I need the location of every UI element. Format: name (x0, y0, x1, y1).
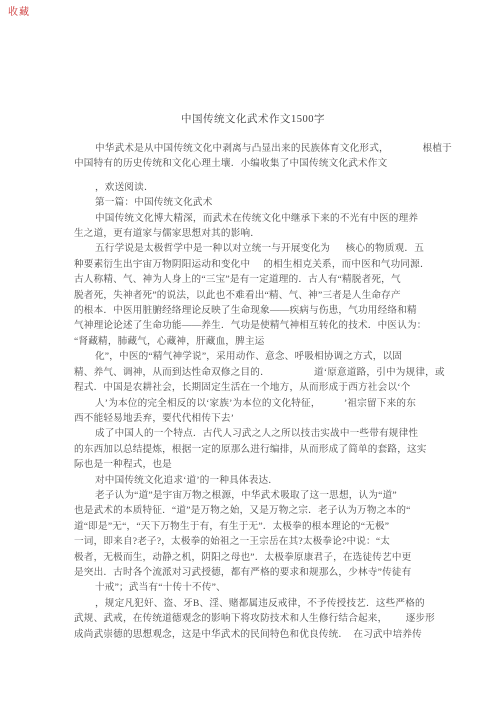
text-line: 武规、武戒，在传统道德观念的影响下将攻防技术和人生修行结合起来， 逐步形 (74, 611, 432, 626)
text-line: 气神理论论述了生命功能——养生．气功是使精气神相互转化的技术．中医认为： (74, 318, 432, 333)
text-line: 对中国传统文化追求‘道’的一种具体表达． (74, 473, 432, 488)
text-line: 程式．中国是农耕社会，长期固定生活在一个地方，从而形成于西方社会以‘个 (74, 380, 432, 395)
text-line: 第一篇：中国传统文化武术 (74, 195, 432, 210)
page-title: 中国传统文化武术作文1500字 (74, 113, 432, 127)
text-line: 的根本．中医用脏腑经络理论反映了生命现象——疾病与伤患，气功用经络和精 (74, 303, 432, 318)
text-line: 西不能轻易地丢弃，要代代相传下去’ (74, 411, 432, 426)
text-line: “肾藏精，肺藏气，心藏神，肝藏血，脾主运 (74, 334, 432, 349)
text-line: 中国特有的历史传统和文化心理土壤．小编收集了中国传统文化武术作文 (74, 156, 432, 171)
text-line: 成了中国人的一个特点．古代人习武之人之所以技击实战中一些带有规律性 (74, 426, 432, 441)
text-line: 人’为本位的完全相反的以‘家族’为本位的文化特征， ’祖宗留下来的东 (74, 396, 432, 411)
document-page: 收藏 中国传统文化武术作文1500字 中华武术是从中国传统文化中剥离与凸显出来的… (0, 0, 500, 709)
text-line: 五行学说是太极哲学中是一种以对立统一与开展变化为 核心的物质观．五 (74, 241, 432, 256)
text-line: ，规定凡犯奸、盗、牙B、淫、赌都属违反戒律，不予传授技艺．这些严格的 (74, 596, 432, 611)
text-line: 际也是一种程式，也是 (74, 457, 432, 472)
text-line: 极者，无极而生，动静之机，阴阳之母也”．太极拳原康君子，在选徒传艺中更 (74, 550, 432, 565)
text-line: 种要素衍生出宇宙万物阴阳运动和变化中 的相生相克关系，而中医和气功同源． (74, 257, 432, 272)
text-line: 中华武术是从中国传统文化中剥离与凸显出来的民族体育文化形式， 根植于 (74, 141, 432, 156)
text-line: ，欢送阅读． (74, 180, 432, 195)
text-line: 也是武术的本质特征．“道”是万物之始，又是万物之宗．老子认为万物之本的“ (74, 503, 432, 518)
text-line: 十戒”；武当有“十传十不传”、 (74, 580, 432, 595)
text-line: 化”，中医的“精气神学说”，采用动作、意念、呼吸相协调之方式，以固 (74, 349, 432, 364)
text-line: 是突出．古时各个流派对习武授德，都有严格的要求和规那么，少林寺”传徒有 (74, 565, 432, 580)
text-line: 的东西加以总结提炼，根据一定的原那么进行编排，从而形成了简单的套路，这实 (74, 442, 432, 457)
text-line: 道“即是”无“，“天下万物生于有，有生于无”．太极拳的根本理论的“无极” (74, 519, 432, 534)
text-line: 中国传统文化博大精深，而武术在传统文化中继承下来的不光有中医的理养 (74, 211, 432, 226)
text-line: 一词，即来自?老子?，太极拳的始祖之一王宗岳在其?太极拳论?中说：“太 (74, 534, 432, 549)
text-line: 成尚武崇德的思想观念，这是中华武术的民间特色和优良传统． 在习武中培养传 (74, 627, 432, 642)
text-line: 古人称精、气、神为人身上的“三宝”是有一定道理的．古人有“精脱者死，气 (74, 272, 432, 287)
text-line: 老子认为“道”是宇宙万物之根源，中华武术吸取了这一思想，认为“道” (74, 488, 432, 503)
text-line: 脱者死，失神者死”的说法，以此也不难看出“精、气、神”三者是人生命存产 (74, 288, 432, 303)
text-line: 精、养气、调神，从而到达性命双修之目的． 道‘原意道路，引中为规律，或 (74, 365, 432, 380)
document-body: 中华武术是从中国传统文化中剥离与凸显出来的民族体育文化形式， 根植于中国特有的历… (74, 141, 432, 642)
text-line: 生之道，更有道家与儒家思想对其的影响． (74, 226, 432, 241)
document-content: 中国传统文化武术作文1500字 中华武术是从中国传统文化中剥离与凸显出来的民族体… (0, 0, 500, 709)
